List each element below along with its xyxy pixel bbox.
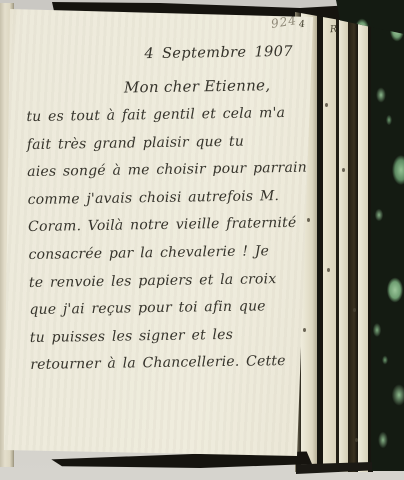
- letter-line: Coram. Voilà notre vieille fraternité: [28, 210, 308, 242]
- letter-line: que j'ai reçus pour toi afin que: [29, 293, 309, 325]
- letter-line: aies songé à me choisir pour parrain: [27, 155, 307, 187]
- edge-ink-speck: [353, 308, 356, 312]
- edge-tab-mark: 4: [299, 19, 306, 30]
- page-edge-strip: [339, 8, 348, 472]
- letter-body: tu es tout à fait gentil et cela m'a fai…: [26, 100, 310, 380]
- letter-date: 4 Septembre 1907: [144, 44, 293, 62]
- edge-ink-speck: [325, 103, 328, 107]
- page-edge-strip: [358, 8, 368, 472]
- letter-line: comme j'avais choisi autrefois M.: [27, 182, 307, 214]
- edge-ink-speck: [342, 168, 345, 172]
- edge-ink-speck: [327, 268, 330, 272]
- edge-tab-mark: R: [330, 24, 338, 35]
- letter-line: consacrée par la chevalerie ! Je: [28, 238, 308, 270]
- letter-line: retourner à la Chancellerie. Cette: [30, 348, 310, 380]
- edge-ink-speck: [303, 328, 306, 332]
- edge-ink-speck: [355, 438, 358, 442]
- photo-of-open-letter-book: 924 4 Septembre 1907 Mon cher Etienne, t…: [0, 0, 404, 480]
- page-edge-strip: [348, 8, 358, 472]
- letter-line: tu puisses les signer et les: [30, 320, 310, 352]
- letter-line: te renvoie les papiers et la croix: [29, 265, 309, 297]
- page-edge-strip: [323, 8, 336, 472]
- marbled-cover: [371, 0, 404, 471]
- edge-ink-speck: [307, 218, 310, 222]
- letter-line: fait très grand plaisir que tu: [27, 127, 307, 159]
- letter-salutation: Mon cher Etienne,: [124, 76, 271, 96]
- letter-line: tu es tout à fait gentil et cela m'a: [26, 100, 306, 132]
